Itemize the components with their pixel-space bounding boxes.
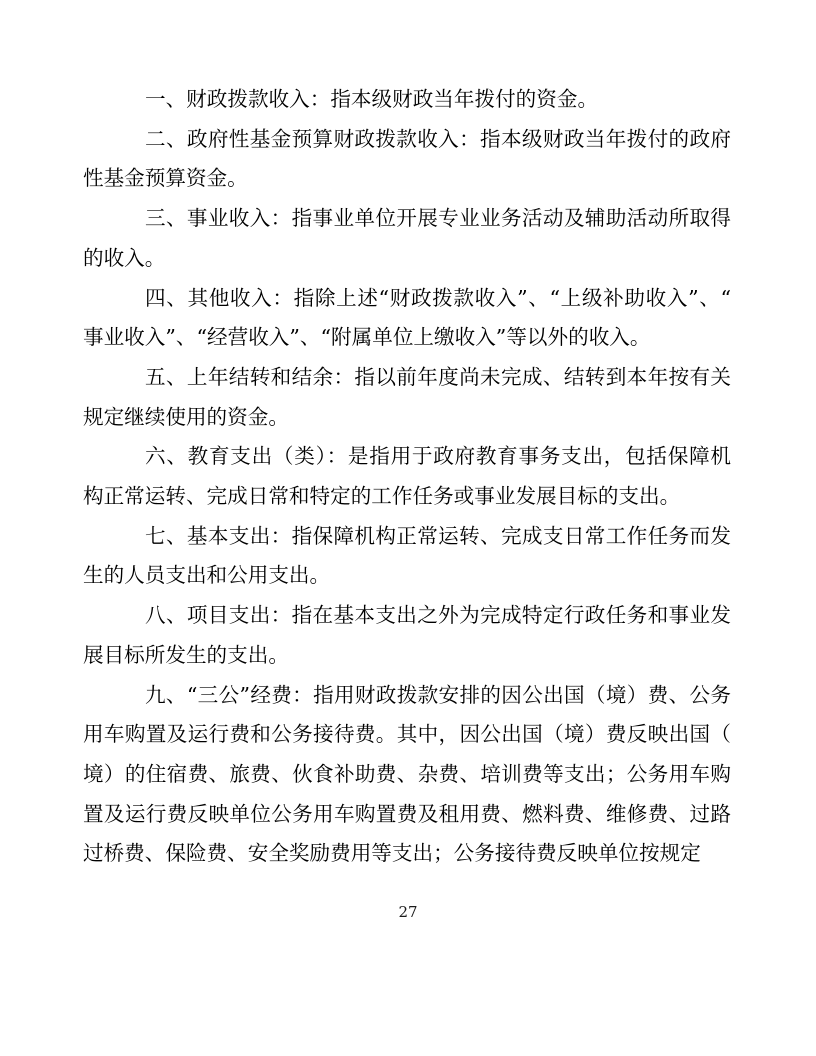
paragraph-3-institution-income: 三、事业收入：指事业单位开展专业业务活动及辅助活动所取得的收入。: [83, 199, 731, 278]
paragraph-4-other-income: 四、其他收入：指除上述“财政拨款收入”、“上级补助收入”、“事业收入”、“经营收…: [83, 279, 731, 358]
paragraph-7-basic-expenditure: 七、基本支出：指保障机构正常运转、完成支日常工作任务而发生的人员支出和公用支出。: [83, 517, 731, 596]
page-number: 27: [0, 902, 816, 922]
paragraph-9-three-public-expenses: 九、“三公”经费：指用财政拨款安排的因公出国（境）费、公务用车购置及运行费和公务…: [83, 676, 731, 875]
document-page: 一、财政拨款收入：指本级财政当年拨付的资金。 二、政府性基金预算财政拨款收入：指…: [0, 0, 816, 1056]
paragraph-5-carryover-and-surplus: 五、上年结转和结余：指以前年度尚未完成、结转到本年按有关规定继续使用的资金。: [83, 358, 731, 437]
paragraph-2-government-fund-budget-income: 二、政府性基金预算财政拨款收入：指本级财政当年拨付的政府性基金预算资金。: [83, 120, 731, 199]
paragraph-1-fiscal-appropriation-income: 一、财政拨款收入：指本级财政当年拨付的资金。: [83, 80, 731, 120]
paragraph-8-project-expenditure: 八、项目支出：指在基本支出之外为完成特定行政任务和事业发展目标所发生的支出。: [83, 596, 731, 675]
document-body: 一、财政拨款收入：指本级财政当年拨付的资金。 二、政府性基金预算财政拨款收入：指…: [83, 80, 731, 874]
paragraph-6-education-expenditure: 六、教育支出（类）：是指用于政府教育事务支出，包括保障机构正常运转、完成日常和特…: [83, 437, 731, 516]
